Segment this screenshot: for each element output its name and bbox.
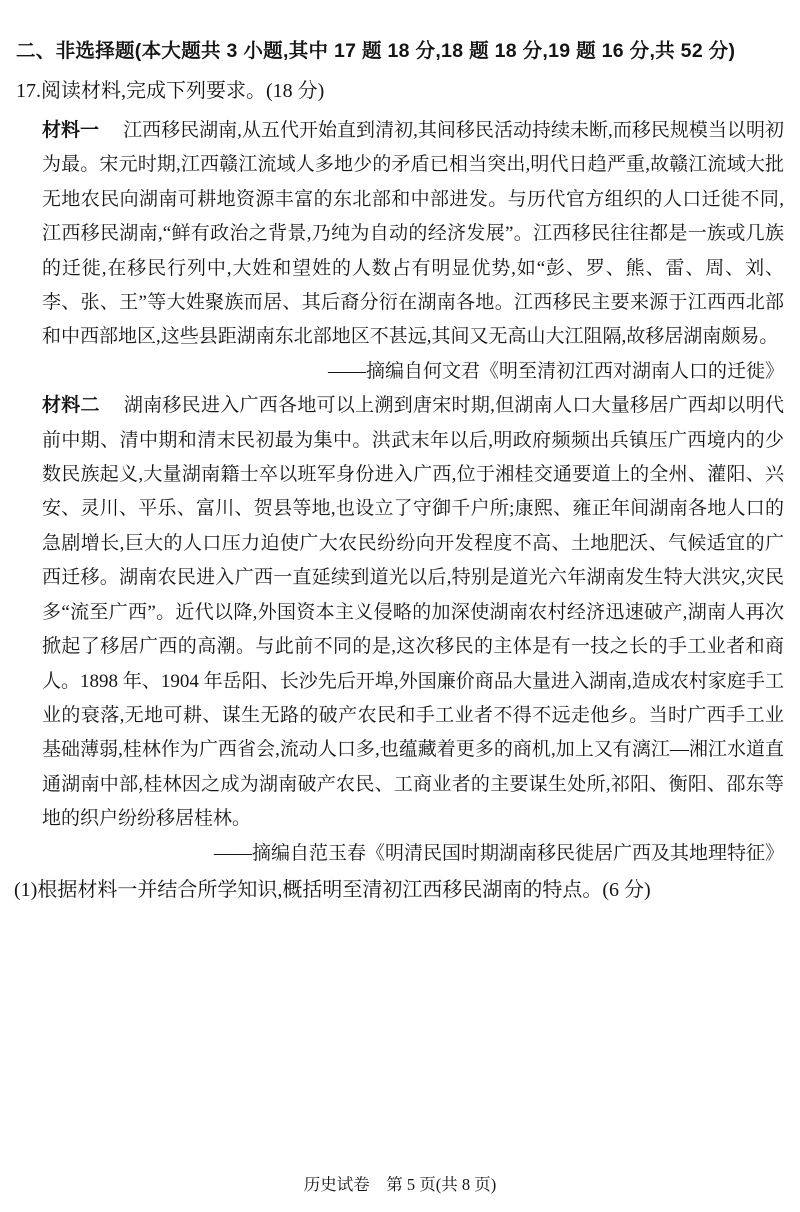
material-one-text: 江西移民湖南,从五代开始直到清初,其间移民活动持续未断,而移民规模当以明初为最。…	[42, 120, 784, 347]
material-two: 材料二湖南移民进入广西各地可以上溯到唐宋时期,但湖南人口大量移居广西却以明代前中…	[42, 389, 784, 871]
exam-page: 二、非选择题(本大题共 3 小题,其中 17 题 18 分,18 题 18 分,…	[0, 0, 800, 1212]
material-two-text: 湖南移民进入广西各地可以上溯到唐宋时期,但湖南人口大量移居广西却以明代前中期、清…	[42, 395, 784, 829]
material-two-label: 材料二	[42, 395, 100, 416]
material-two-paragraph: 材料二湖南移民进入广西各地可以上溯到唐宋时期,但湖南人口大量移居广西却以明代前中…	[42, 389, 784, 836]
material-one-attribution: ——摘编自何文君《明至清初江西对湖南人口的迁徙》	[42, 355, 784, 389]
material-two-attribution: ——摘编自范玉春《明清民国时期湖南移民徙居广西及其地理特征》	[42, 837, 784, 871]
sub-question-1: (1)根据材料一并结合所学知识,概括明至清初江西移民湖南的特点。(6 分)	[14, 873, 784, 907]
question-17-intro: 17.阅读材料,完成下列要求。(18 分)	[16, 78, 784, 105]
section-header: 二、非选择题(本大题共 3 小题,其中 17 题 18 分,18 题 18 分,…	[16, 38, 784, 65]
material-one: 材料一江西移民湖南,从五代开始直到清初,其间移民活动持续未断,而移民规模当以明初…	[42, 114, 784, 389]
material-one-label: 材料一	[42, 120, 99, 141]
page-footer: 历史试卷 第 5 页(共 8 页)	[0, 1174, 800, 1196]
material-one-paragraph: 材料一江西移民湖南,从五代开始直到清初,其间移民活动持续未断,而移民规模当以明初…	[42, 114, 784, 355]
